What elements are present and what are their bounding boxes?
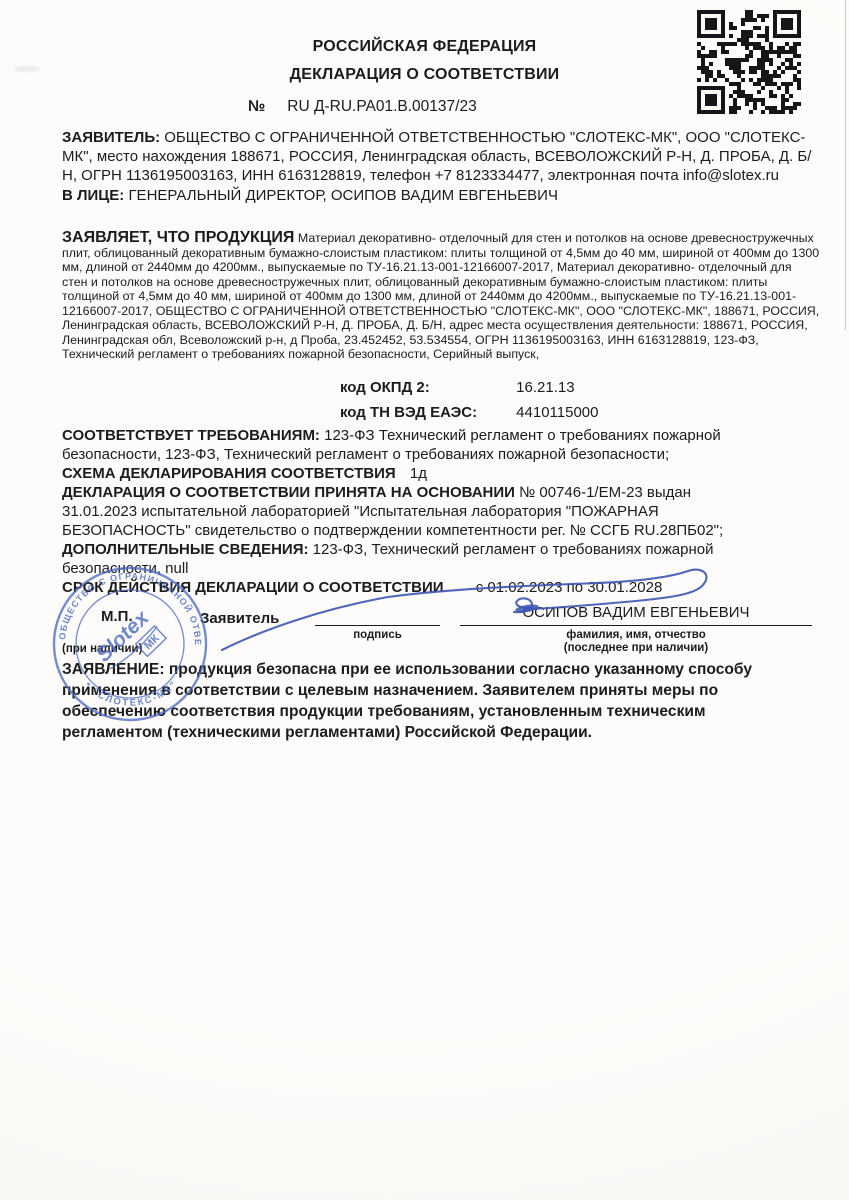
declaration-number: RU Д-RU.PA01.B.00137/23 [287, 98, 476, 115]
qr-code [697, 10, 801, 114]
applicant-section: ЗАЯВИТЕЛЬ: ОБЩЕСТВО С ОГРАНИЧЕННОЙ ОТВЕТ… [62, 128, 824, 205]
product-text: Материал декоративно- отделочный для сте… [62, 231, 819, 361]
signer-name: ОСИПОВ ВАДИМ ЕВГЕНЬЕВИЧ [460, 604, 812, 626]
validity-value: с 01.02.2023 по 30.01.2028 [476, 579, 663, 596]
tnved-value: 4410115000 [516, 404, 598, 421]
number-sign: № [248, 98, 265, 115]
basis-label: ДЕКЛАРАЦИЯ О СООТВЕТСТВИИ ПРИНЯТА НА ОСН… [62, 484, 515, 501]
okpd-code-row: код ОКПД 2: 16.21.13 [340, 379, 575, 396]
document-title: ДЕКЛАРАЦИЯ О СООТВЕТСТВИИ [0, 66, 849, 84]
signature-line [315, 600, 440, 626]
scheme-label: СХЕМА ДЕКЛАРИРОВАНИЯ СООТВЕТСТВИЯ [62, 465, 396, 482]
product-section: ЗАЯВЛЯЕТ, ЧТО ПРОДУКЦИЯ Материал декорат… [62, 231, 820, 362]
declaration-number-row: №RU Д-RU.PA01.B.00137/23 [248, 98, 477, 116]
representative-label: В ЛИЦЕ: [62, 187, 124, 204]
okpd-value: 16.21.13 [516, 379, 574, 396]
declaration-document: РОССИЙСКАЯ ФЕДЕРАЦИЯ ДЕКЛАРАЦИЯ О СООТВЕ… [0, 0, 849, 1200]
country-title: РОССИЙСКАЯ ФЕДЕРАЦИЯ [0, 38, 849, 56]
conformity-label: СООТВЕТСТВУЕТ ТРЕБОВАНИЯМ: [62, 427, 320, 444]
signature-caption: подпись [315, 629, 440, 642]
applicant-text: ОБЩЕСТВО С ОГРАНИЧЕННОЙ ОТВЕТСТВЕННОСТЬЮ… [62, 129, 811, 184]
okpd-label: код ОКПД 2: [340, 379, 512, 396]
name-caption-1: фамилия, имя, отчество [460, 629, 812, 642]
svg-text:* "СЛОТЕКС-МК": * "СЛОТЕКС-МК" [82, 678, 180, 708]
scheme-value: 1д [410, 465, 427, 482]
name-caption-2: (последнее при наличии) [460, 642, 812, 655]
scheme-section: СХЕМА ДЕКЛАРИРОВАНИЯ СООТВЕТСТВИЯ 1д [62, 464, 818, 483]
applicant-label: ЗАЯВИТЕЛЬ: [62, 129, 160, 146]
stamp-ring-text-bottom: * "СЛОТЕКС-МК" [82, 678, 180, 708]
representative-text: ГЕНЕРАЛЬНЫЙ ДИРЕКТОР, ОСИПОВ ВАДИМ ЕВГЕН… [128, 187, 558, 204]
tnved-code-row: код ТН ВЭД ЕАЭС: 4410115000 [340, 404, 598, 421]
basis-section: ДЕКЛАРАЦИЯ О СООТВЕТСТВИИ ПРИНЯТА НА ОСН… [62, 483, 757, 541]
conformity-section: СООТВЕТСТВУЕТ ТРЕБОВАНИЯМ: 123-ФЗ Технич… [62, 426, 818, 464]
tnved-label: код ТН ВЭД ЕАЭС: [340, 404, 512, 421]
company-stamp: ОБЩЕСТВО С ОГРАНИЧЕННОЙ ОТВЕТСТВЕННОСТЬЮ… [38, 552, 222, 736]
product-label: ЗАЯВЛЯЕТ, ЧТО ПРОДУКЦИЯ [62, 229, 294, 246]
